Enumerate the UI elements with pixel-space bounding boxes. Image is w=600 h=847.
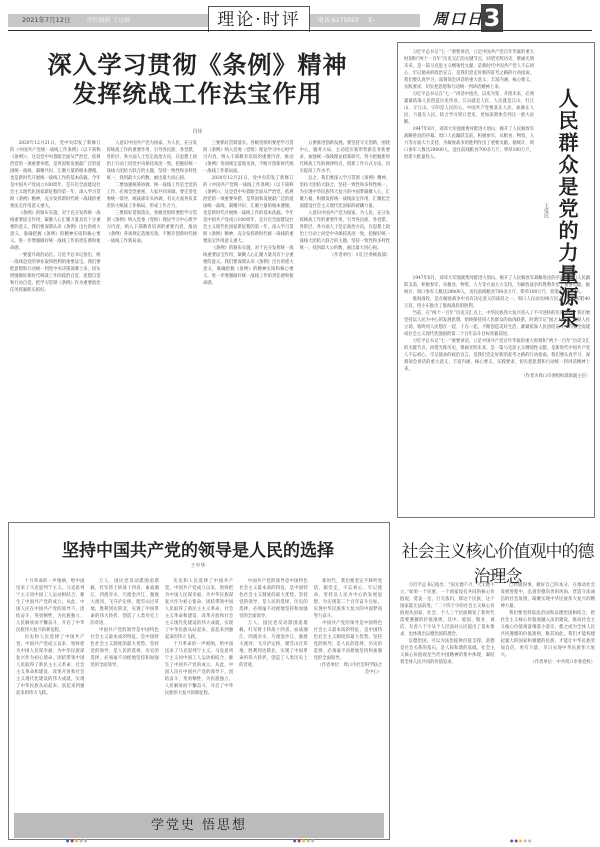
text-column: 十月革命的一声炮响，给中国送来了马克思列宁主义。马克思列宁主义同中国工人运动相结…: [16, 578, 84, 808]
text-column: 历史和人民选择了中国共产党。中国共产党成立以来，始终把为中国人民谋幸福、为中华民…: [165, 578, 233, 808]
article-1-author: 肖炜: [0, 128, 395, 135]
paragraph: 习近平总书记在“七一”讲话中指出，以史为鉴、开创未来，必须紧紧依靠人民创造历史伟…: [404, 91, 534, 126]
header-right-bar: 电话:6175023 E-mail:zkrbgg@163.com: [310, 14, 420, 27]
article-2-author: 王爱民: [543, 203, 550, 218]
paragraph: 2020年12月21日，党中央印发了新修订的《中国共产党统一战线工作条例》（以下…: [203, 175, 294, 245]
paragraph: 新时代，我们要坚定不移听党话、跟党走，不忘初心、牢记使命，坚持以人民为中心的发展…: [314, 578, 382, 620]
paragraph: 《条例》的颁布实施，对于充分发挥统一战线重要法宝作用、凝聚人心汇聚力量具有十分重…: [203, 245, 294, 287]
paragraph: 十月革命的一声炮响，给中国送来了马克思列宁主义。马克思列宁主义同中国工人运动相结…: [16, 578, 84, 634]
text-column: 三要抓好贯彻落实。各级党组织要把学习贯彻《条例》纳入党委（党组）理论学习中心组学…: [203, 140, 294, 520]
title-line-1: 深入学习贯彻《条例》精神: [0, 50, 395, 79]
paragraph: 中国共产党的领导是中国特色社会主义最本质的特征，是中国特色社会主义制度的最大优势…: [239, 578, 307, 620]
paragraph: 万人，国民党反动派围追堵截，红军将士转战十四省，血战湘江、四渡赤水、巧渡金沙江、…: [90, 578, 158, 627]
article-4-body: 习近平总书记指出：“国无德不兴，人无德不立。”如果一个民族、一个国家没有共同的核…: [400, 582, 595, 832]
article-3-body: 十月革命的一声炮响，给中国送来了马克思列宁主义。马克思列宁主义同中国工人运动相结…: [16, 578, 382, 808]
section-title: 理论·时评: [208, 6, 310, 32]
article-3-title: 坚持中国共产党的领导是人民的选择: [8, 536, 388, 561]
paragraph: 我们要坚持依法治国和以德治国相结合，把社会主义核心价值观融入法治建设，推动社会主…: [501, 610, 596, 659]
paragraph: 三要抓好贯彻落实。各级党组织要把学习贯彻《条例》纳入党委（党组）理论学习中心组学…: [203, 140, 294, 175]
paragraph: 《条例》的颁布实施，对于充分发挥统一战线重要法宝作用、凝聚人心汇聚力量具有十分重…: [10, 210, 101, 252]
text-column: 中国共产党的领导是中国特色社会主义最本质的特征，是中国特色社会主义制度的最大优势…: [239, 578, 307, 808]
paragraph: 习近平总书记“七一”重要讲话，立足中国共产党百年华诞的重大时刻和“两个一百年”历…: [404, 338, 590, 373]
article-4-author: 王 伟: [395, 572, 600, 579]
header-left-bar: 2021年7月12日 责任编辑 王远城: [8, 14, 208, 27]
paragraph: 十月革命的一声炮响，给中国送来了马克思列宁主义。马克思列宁主义同中国工人运动相结…: [165, 641, 233, 697]
contact-phone: 电话:6175023: [318, 17, 359, 24]
paragraph: 1947年6月，刘邓大军强渡黄河挺进大别山，揭开了人民解放军战略进攻的序幕。周口…: [404, 275, 590, 296]
article-3-author: 王中华: [8, 562, 388, 569]
text-column: 人意识中国共产党为国家、为人民，充分发挥统战工作的重要作用，引导各民族、各党派、…: [107, 140, 198, 520]
page-number: 3: [481, 4, 503, 32]
article-3-signature: （作者单位：周口市社会科学联合会中心）: [314, 662, 382, 676]
paragraph: 五要推进创新发展。要坚持守正创新，围绕中心、服务大局，主动适应新形势新任务新要求…: [300, 140, 391, 175]
issue-date: 2021年7月12日: [22, 16, 70, 24]
paragraph: 人意识中国共产党为国家、为人民，充分发挥统战工作的重要作用，引导各民族、各党派、…: [300, 210, 391, 252]
article-2-body-bottom: 1947年6月，刘邓大军强渡黄河挺进大别山，揭开了人民解放军战略进攻的序幕。周口…: [404, 275, 590, 513]
paragraph: 已经做得事，做好自己的本分，在推动社会发展进程中，弘扬崇德向善的风尚，营造守法诚…: [501, 582, 596, 610]
article-1-title: 深入学习贯彻《条例》精神 发挥统战工作法宝作用: [0, 50, 395, 108]
color-registration-mark: ●●●●●: [293, 838, 315, 843]
paragraph: 中国共产党的领导是中国特色社会主义最本质的特征，是中国特色社会主义制度的最大优势…: [314, 620, 382, 662]
article-2-box: 人民群众是党的力量源泉 王爱民 习近平总书记“七一”重要讲话，立足中国共产党百年…: [397, 42, 595, 518]
text-column: 五要推进创新发展。要坚持守正创新，围绕中心、服务大局，主动适应新形势新任务新要求…: [300, 140, 391, 520]
editor-credit: 责任编辑 王远城: [86, 17, 130, 24]
paragraph: 历史和人民选择了中国共产党。中国共产党成立以来，始终把为中国人民谋幸福、为中华民…: [16, 634, 84, 697]
paragraph: 一要提升政治站位。习近平总书记指出，统一战线是党的事业取得胜利的重要法宝。我们要…: [10, 252, 101, 294]
paragraph: 1947年6月，刘邓大军强渡黄河挺进大别山，揭开了人民解放军战略进攻的序幕。周口…: [404, 126, 534, 161]
text-column: 万人，国民党反动派围追堵截，红军将士转战十四省，血战湘江、四渡赤水、巧渡金沙江、…: [90, 578, 158, 808]
article-4-title: 社会主义核心价值观中的德治理念: [395, 537, 600, 587]
article-2-signature: （作者为周口市委组织部原副主任）: [404, 373, 590, 380]
header-divider: [8, 30, 592, 31]
paragraph: 三要抓好贯彻落实。各级党组织要把学习贯彻《条例》纳入党委（党组）理论学习中心组学…: [107, 210, 198, 245]
paragraph: 习近平总书记指出：“国无德不兴，人无德不立。”如果一个民族、一个国家没有共同的核…: [400, 582, 495, 638]
paragraph: 二要加强统筹协调。统一战线工作是全党的工作，必须全党重视、大家共同来做。要完善党…: [107, 182, 198, 210]
color-registration-mark: ●●●●●: [66, 838, 88, 843]
paragraph: 万人，国民党反动派围追堵截，红军将士转战十四省，血战湘江、四渡赤水、巧渡金沙江、…: [239, 620, 307, 669]
paragraph: 总之，我们要深入学习贯彻《条例》精神，坚持大团结大联合，坚持一致性和多样性统一，…: [300, 175, 391, 210]
paragraph: 习近平总书记“七一”重要讲话，立足中国共产党百年华诞的重大时刻和“两个一百年”历…: [404, 49, 534, 91]
paragraph: 2020年12月21日，党中央印发了新修订的《中国共产党统一战线工作条例》（以下…: [10, 140, 101, 210]
article-1-signature: （作者单位：川汇区委统战部）: [300, 252, 391, 259]
color-registration-mark: ●●●●●: [510, 838, 532, 843]
paragraph: 历史和人民选择了中国共产党。中国共产党成立以来，始终把为中国人民谋幸福、为中华民…: [165, 578, 233, 641]
page-header: 2021年7月12日 责任编辑 王远城 理论·时评 电话:6175023 E-m…: [0, 0, 600, 36]
paragraph: 淮海战役，是在解放战争中具有决定意义的战役之一。周口人民动员90万民力、赶制军鞋…: [404, 296, 590, 310]
paragraph: 以德治国，可以为法治提供价值支撑。道德是社会关系的基石，是人际和谐的基础。社会主…: [400, 638, 495, 666]
text-column: 新时代，我们要坚定不移听党话、跟党走，不忘初心、牢记使命，坚持以人民为中心的发展…: [314, 578, 382, 808]
article-2-body-top: 习近平总书记“七一”重要讲话，立足中国共产党百年华诞的重大时刻和“两个一百年”历…: [404, 49, 534, 274]
paragraph: 当前，在“两个一百年”历史交汇点上，中华民族伟大复兴进入了不可逆转的历史进程。我…: [404, 310, 590, 338]
paragraph: 人意识中国共产党为国家、为人民，充分发挥统战工作的重要作用，引导各民族、各党派、…: [107, 140, 198, 182]
paragraph: 中国共产党的领导是中国特色社会主义最本质的特征，是中国特色社会主义制度的最大优势…: [90, 627, 158, 669]
text-column: 2020年12月21日，党中央印发了新修订的《中国共产党统一战线工作条例》（以下…: [10, 140, 101, 520]
text-column: 已经做得事，做好自己的本分，在推动社会发展进程中，弘扬崇德向善的风尚，营造守法诚…: [501, 582, 596, 832]
slogan-banner: 学党史 悟思想: [14, 813, 384, 838]
article-1-body: 2020年12月21日，党中央印发了新修订的《中国共产党统一战线工作条例》（以下…: [10, 140, 390, 520]
title-line-2: 发挥统战工作法宝作用: [0, 79, 395, 108]
article-4-signature: （作者单位：中共周口市委党校）: [501, 659, 596, 666]
text-column: 习近平总书记指出：“国无德不兴，人无德不立。”如果一个民族、一个国家没有共同的核…: [400, 582, 495, 832]
